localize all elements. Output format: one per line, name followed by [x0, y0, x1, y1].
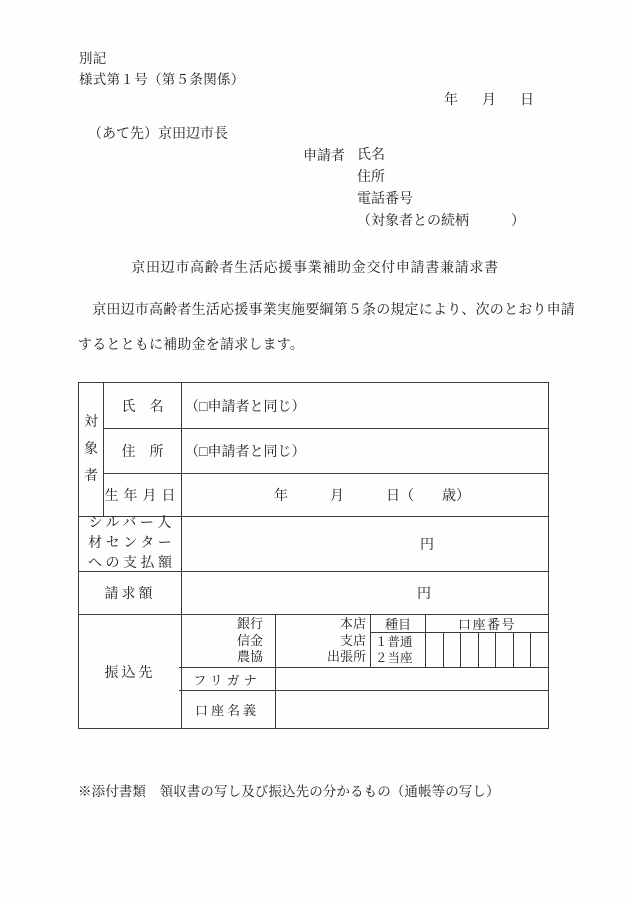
applicant-phone-label: 電話番号: [357, 189, 525, 211]
application-form-table: 対 象 者 氏 名 （□申請者と同じ） 住 所 （□申請者と同じ） 生年月日 年…: [78, 382, 549, 729]
claim-amount-row: 請求額 円: [79, 572, 548, 615]
silver-label-line-1: シルバー人: [89, 514, 175, 534]
appendix-note: 別記: [79, 47, 107, 67]
body-paragraph-line-1: 京田辺市高齢者生活応援事業実施要綱第５条の規定により、次のとおり申請: [78, 299, 575, 319]
account-number-box: [479, 633, 497, 667]
claim-amount-label: 請求額: [79, 572, 182, 614]
body-paragraph-line-2: するとともに補助金を請求します。: [78, 334, 304, 354]
account-type-cell: 種目 １普通 ２当座: [371, 615, 426, 667]
account-number-box: [461, 633, 479, 667]
document-page: 別記 様式第１号（第５条関係） 年 月 日 （あて先）京田辺市長 申請者 氏名 …: [0, 0, 630, 903]
applicant-name-label: 氏名: [357, 145, 525, 167]
yen-unit-label: 円: [417, 583, 431, 603]
account-name-row: 口座名義: [179, 691, 548, 728]
address-label: 住 所: [104, 429, 182, 473]
bank-info-row: 銀行 信金 農協 本店 支店 出張所 種目 １普通 ２当座: [179, 615, 548, 668]
furigana-value-cell: [272, 668, 548, 690]
silver-payment-row: シルバー人 材センター への支払額 円: [79, 517, 548, 572]
account-number-box: [496, 633, 514, 667]
branch-type-cell: 本店 支店 出張所: [276, 615, 371, 667]
branch-type-honten: 本店: [340, 616, 366, 633]
attachment-footnote: ※添付書類 領収書の写し及び振込先の分かるもの（通帳等の写し）: [78, 780, 500, 800]
account-name-value-cell: [273, 691, 548, 728]
account-type-header: 種目: [371, 615, 425, 633]
date-day-label: 日: [520, 89, 534, 109]
transfer-destination-label: 振込先: [79, 615, 182, 728]
transfer-destination-section: 振込先 銀行 信金 農協 本店 支店 出張所 種目: [79, 615, 548, 728]
applicant-relation-label: （対象者との続柄 ）: [357, 211, 525, 233]
silver-payment-amount-cell: 円: [182, 517, 548, 571]
date-month-label: 月: [482, 89, 496, 109]
applicant-address-label: 住所: [357, 167, 525, 189]
form-number: 様式第１号（第５条関係）: [79, 68, 245, 88]
name-label: 氏 名: [104, 383, 182, 428]
name-value: （□申請者と同じ）: [182, 383, 548, 428]
account-number-boxes: [426, 633, 548, 667]
silver-label-line-2: 材センター: [88, 534, 175, 554]
target-person-section: 対 象 者 氏 名 （□申請者と同じ） 住 所 （□申請者と同じ） 生年月日 年…: [79, 383, 548, 517]
silver-payment-label: シルバー人 材センター への支払額: [88, 514, 172, 574]
account-number-box: [531, 633, 548, 667]
branch-type-shiten: 支店: [340, 633, 366, 650]
claim-amount-cell: 円: [179, 572, 548, 614]
account-number-box: [514, 633, 532, 667]
applicant-label: 申請者: [303, 145, 345, 165]
applicant-block: 申請者 氏名 住所 電話番号 （対象者との続柄 ）: [303, 145, 525, 233]
yen-unit-label: 円: [420, 534, 434, 554]
bank-type-cell: 銀行 信金 農協: [179, 615, 276, 667]
silver-label-line-3: への支払額: [88, 554, 176, 574]
furigana-row: フリガナ: [179, 668, 548, 691]
account-number-header: 口座番号: [426, 615, 548, 633]
addressee: （あて先）京田辺市長: [88, 123, 228, 143]
target-char-3: 者: [84, 470, 98, 484]
target-char-1: 対: [84, 416, 98, 430]
applicant-lines: 氏名 住所 電話番号 （対象者との続柄 ）: [357, 145, 525, 233]
birthdate-value: 年 月 日（ 歳）: [177, 474, 548, 516]
account-name-label: 口座名義: [179, 691, 276, 728]
account-number-box: [444, 633, 462, 667]
bank-type-shinkin: 信金: [237, 633, 263, 650]
document-title: 京田辺市高齢者生活応援事業補助金交付申請書兼請求書: [0, 257, 630, 277]
account-type-ordinary: １普通: [375, 634, 425, 650]
account-number-box: [426, 633, 444, 667]
date-line: 年 月 日: [444, 89, 534, 109]
account-type-current: ２当座: [375, 650, 425, 666]
target-person-vertical-header: 対 象 者: [79, 383, 104, 516]
birthdate-label: 生年月日: [104, 474, 182, 516]
address-value: （□申請者と同じ）: [182, 429, 548, 473]
branch-type-shucchojo: 出張所: [327, 649, 366, 666]
bank-type-bank: 銀行: [237, 616, 263, 633]
furigana-label: フリガナ: [179, 668, 276, 690]
bank-type-nokyo: 農協: [237, 649, 263, 666]
account-number-cell: 口座番号: [426, 615, 548, 667]
date-year-label: 年: [444, 89, 458, 109]
target-char-2: 象: [84, 443, 98, 457]
